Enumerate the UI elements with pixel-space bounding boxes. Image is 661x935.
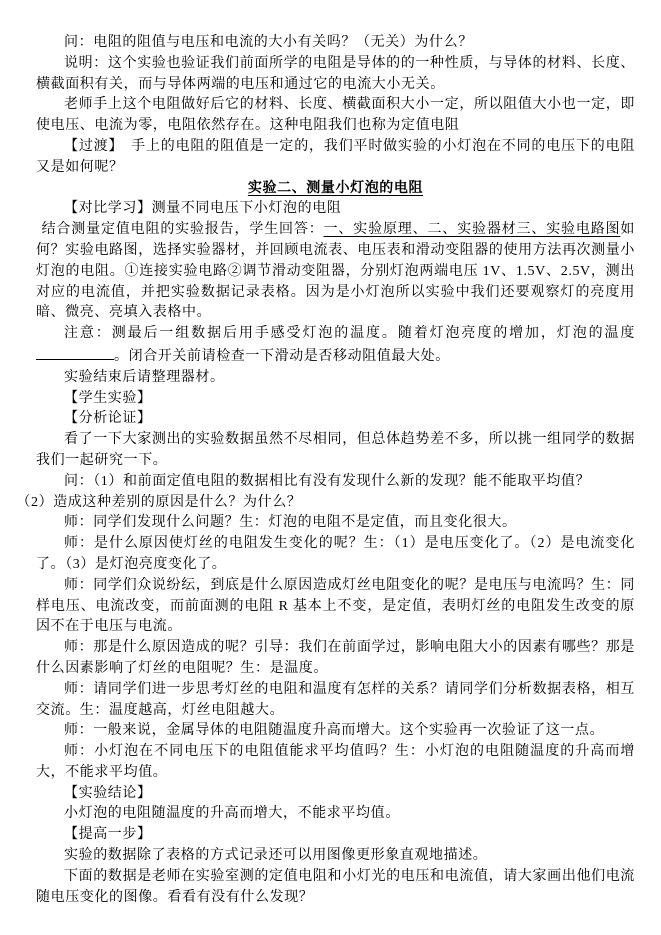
para-question-2: （2）造成这种差别的原因是什么？为什么？ (36, 493, 635, 514)
para-question-resistance-value: 问：电阻的阻值与电压和电流的大小有关吗？（无关）为什么？ (36, 33, 635, 54)
para-comparative-learning: 【对比学习】测量不同电压下小灯泡的电阻 (36, 199, 635, 220)
heading-step-further: 【提高一步】 (36, 825, 635, 846)
heading-experiment-conclusion: 【实验结论】 (36, 784, 635, 805)
para-teacher-fixed-resistor: 老师手上这个电阻做好后它的材料、长度、横截面积大小一定，所以阻值大小也一定，即使… (36, 95, 635, 137)
para-dialog-7: 师：小灯泡在不同电压下的电阻值能求平均值吗？生：小灯泡的电阻随温度的升高而增大，… (36, 742, 635, 784)
para-note-temperature: 注意：测最后一组数据后用手感受灯泡的温度。随着灯泡亮度的增加，灯泡的温度。闭合开… (36, 324, 635, 368)
para-dialog-3: 师：同学们众说纷纭，到底是什么原因造成灯丝电阻变化的呢？是电压与电流吗？生：同样… (36, 576, 635, 638)
para-conclusion: 小灯泡的电阻随温度的升高而增大，不能求平均值。 (36, 804, 635, 825)
para-dialog-1: 师：同学们发现什么问题？生：灯泡的电阻不是定值，而且变化很大。 (36, 513, 635, 534)
para-question-1: 问：（1）和前面定值电阻的数据相比有没有发现什么新的发现？能不能取平均值？ (36, 472, 635, 493)
para-cleanup: 实验结束后请整理器材。 (36, 368, 635, 389)
note-text-pre: 注意：测最后一组数据后用手感受灯泡的温度。随着灯泡亮度的增加，灯泡的温度 (64, 326, 635, 341)
para-dialog-6: 师：一般来说，金属导体的电阻随温度升高而增大。这个实验再一次验证了这一点。 (36, 721, 635, 742)
note-text-post: 。闭合开关前请检查一下滑动是否移动阻值最大处。 (114, 349, 450, 364)
para-dialog-4: 师：那是什么原因造成的呢？引导：我们在前面学过，影响电阻大小的因素有哪些？那是什… (36, 638, 635, 680)
heading-experiment-2: 实验二、测量小灯泡的电阻 (36, 179, 635, 200)
document-page: 问：电阻的阻值与电压和电流的大小有关吗？（无关）为什么？ 说明：这个实验也验证我… (0, 0, 661, 935)
procedure-text-underlined: 一、实验原理、二、实验器材三、实验电路图 (324, 222, 621, 237)
heading-experiment-2-text: 实验二、测量小灯泡的电阻 (248, 181, 423, 196)
heading-analysis-verification: 【分析论证】 (36, 409, 635, 430)
para-graph-intro: 实验的数据除了表格的方式记录还可以用图像更形象直观地描述。 (36, 846, 635, 867)
heading-student-experiment: 【学生实验】 (36, 389, 635, 410)
para-experiment-procedure: 结合测量定值电阻的实验报告，学生回答：一、实验原理、二、实验器材三、实验电路图如… (36, 220, 635, 324)
procedure-text-pre: 结合测量定值电阻的实验报告，学生回答： (42, 222, 324, 237)
para-transition: 【过渡】 手上的电阻的阻值是一定的，我们平时做实验的小灯泡在不同的电压下的电阻又… (36, 137, 635, 179)
para-explanation: 说明：这个实验也验证我们前面所学的电阻是导体的的一种性质，与导体的材料、长度、横… (36, 54, 635, 96)
fill-in-blank (36, 345, 114, 360)
para-dialog-5: 师：请同学们进一步思考灯丝的电阻和温度有怎样的关系？请同学们分析数据表格，相互交… (36, 680, 635, 722)
para-homework: 下面的数据是老师在实验室测的定值电阻和小灯光的电压和电流值，请大家画出他们电流随… (36, 867, 635, 909)
para-data-review: 看了一下大家测出的实验数据虽然不尽相同，但总体趋势差不多，所以挑一组同学的数据我… (36, 430, 635, 472)
para-dialog-2: 师：是什么原因使灯丝的电阻发生变化的呢？生：（1）是电压变化了。（2）是电流变化… (36, 534, 635, 576)
